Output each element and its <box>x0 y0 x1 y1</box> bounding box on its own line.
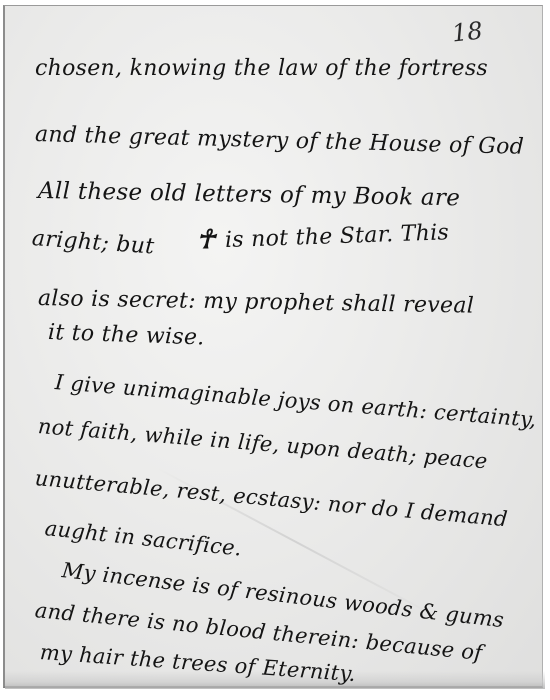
page-number: 18 <box>451 16 484 47</box>
sigil-icon: ☥ <box>196 225 216 255</box>
handwritten-line: chosen, knowing the law of the fortress <box>35 56 488 81</box>
